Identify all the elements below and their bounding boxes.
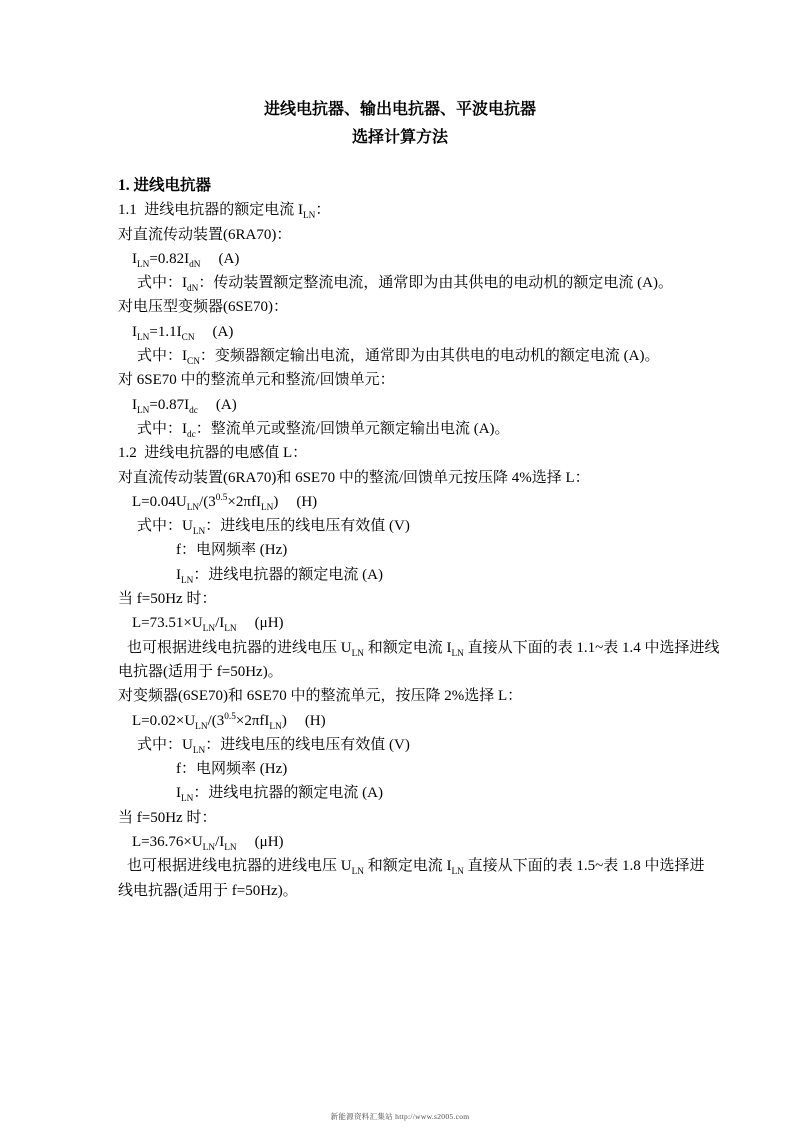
- formula-iln-dc-drive: ILN=0.82IdN(A): [118, 247, 682, 271]
- def-icn: 式中：ICN：变频器额定输出电流，通常即为由其供电的电动机的额定电流 (A)。: [118, 344, 682, 368]
- def-idn: 式中：IdN：传动装置额定整流电流，通常即为由其供电的电动机的额定电流 (A)。: [118, 271, 682, 295]
- def-f-1: f：电网频率 (Hz): [118, 538, 682, 562]
- document-body: 1. 进线电抗器1.1 进线电抗器的额定电流 ILN：对直流传动装置(6RA70…: [118, 174, 682, 903]
- table-note-1-line1: 也可根据进线电抗器的进线电压 ULN 和额定电流 ILN 直接从下面的表 1.1…: [118, 636, 682, 660]
- inductance-4pct-intro: 对直流传动装置(6RA70)和 6SE70 中的整流/回馈单元按压降 4%选择 …: [118, 466, 682, 490]
- def-uln-2: 式中：ULN：进线电压的线电压有效值 (V): [118, 733, 682, 757]
- table-note-1-line2: 电抗器(适用于 f=50Hz)。: [118, 660, 682, 684]
- footer-watermark: 新能源资料汇集站 http://www.s2005.com: [0, 1111, 800, 1122]
- formula-iln-vfd: ILN=1.1ICN(A): [118, 320, 682, 344]
- def-iln-2: ILN：进线电抗器的额定电流 (A): [118, 781, 682, 805]
- f50-condition-1: 当 f=50Hz 时：: [118, 587, 682, 611]
- rectifier-intro: 对 6SE70 中的整流单元和整流/回馈单元：: [118, 368, 682, 392]
- def-iln-1: ILN：进线电抗器的额定电流 (A): [118, 563, 682, 587]
- f50-condition-2: 当 f=50Hz 时：: [118, 806, 682, 830]
- def-idc: 式中：Idc：整流单元或整流/回馈单元额定输出电流 (A)。: [118, 417, 682, 441]
- document-page: 进线电抗器、输出电抗器、平波电抗器 选择计算方法 1. 进线电抗器1.1 进线电…: [0, 0, 800, 903]
- inductance-2pct-intro: 对变频器(6SE70)和 6SE70 中的整流单元，按压降 2%选择 L：: [118, 684, 682, 708]
- formula-l-4pct: L=0.04ULN/(30.5×2πfILN)(H): [118, 490, 682, 514]
- doc-title-line2: 选择计算方法: [118, 124, 682, 152]
- formula-l-3676: L=36.76×ULN/ILN(μH): [118, 830, 682, 854]
- formula-iln-rectifier: ILN=0.87Idc(A): [118, 393, 682, 417]
- section-1-heading: 1. 进线电抗器: [118, 174, 682, 198]
- def-uln-1: 式中：ULN：进线电压的线电压有效值 (V): [118, 514, 682, 538]
- section-1-1-heading: 1.1 进线电抗器的额定电流 ILN：: [118, 198, 682, 222]
- formula-l-7351: L=73.51×ULN/ILN(μH): [118, 611, 682, 635]
- dc-drive-intro: 对直流传动装置(6RA70)：: [118, 223, 682, 247]
- table-note-2-line1: 也可根据进线电抗器的进线电压 ULN 和额定电流 ILN 直接从下面的表 1.5…: [118, 854, 682, 878]
- table-note-2-line2: 线电抗器(适用于 f=50Hz)。: [118, 879, 682, 903]
- doc-title-line1: 进线电抗器、输出电抗器、平波电抗器: [118, 96, 682, 124]
- vfd-intro: 对电压型变频器(6SE70)：: [118, 295, 682, 319]
- formula-l-2pct: L=0.02×ULN/(30.5×2πfILN)(H): [118, 709, 682, 733]
- def-f-2: f：电网频率 (Hz): [118, 757, 682, 781]
- section-1-2-heading: 1.2 进线电抗器的电感值 L：: [118, 441, 682, 465]
